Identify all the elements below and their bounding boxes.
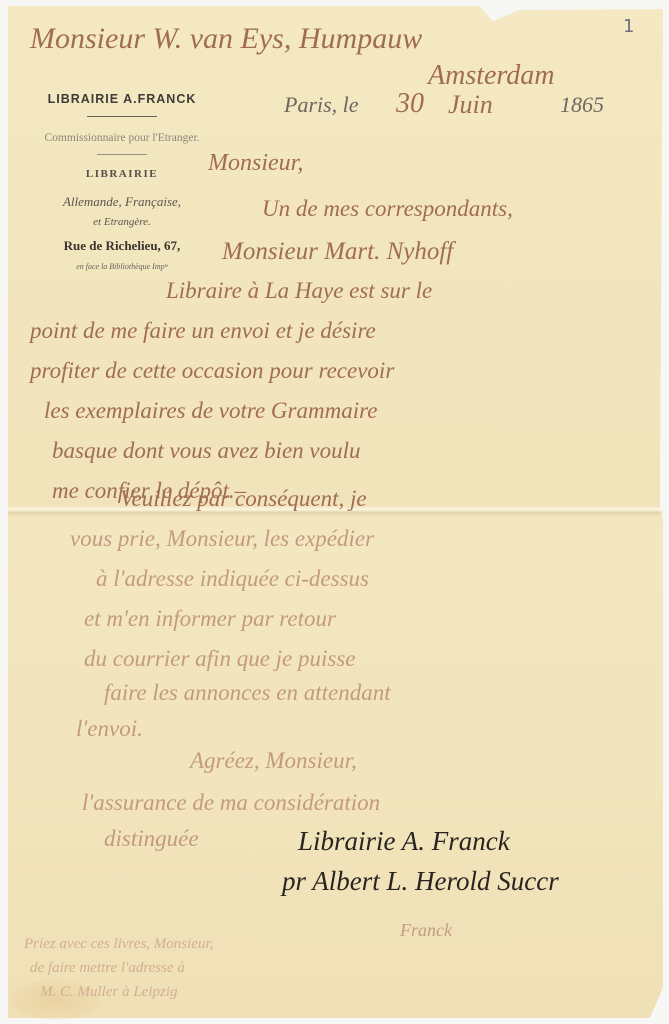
postscript-line: M. C. Muller à Leipzig (40, 984, 178, 1001)
body-line: Un de mes correspondants, (262, 196, 513, 222)
letterhead-name: LIBRAIRIE A.FRANCK (22, 92, 222, 106)
body-line: Veuillez par conséquent, je (120, 486, 367, 512)
initial-mark: Franck (400, 920, 452, 941)
date-month: Juin (448, 90, 493, 120)
body-line: profiter de cette occasion pour recevoir (30, 358, 394, 384)
body-line: Libraire à La Haye est sur le (166, 278, 432, 304)
closing-line: distinguée (104, 826, 199, 852)
salutation: Monsieur, (208, 150, 303, 177)
body-line: faire les annonces en attendant (104, 680, 391, 706)
letterhead-rule (22, 116, 222, 117)
body-line: et m'en informer par retour (84, 606, 336, 632)
signature-line2: pr Albert L. Herold Succr (282, 866, 559, 897)
postscript-line: de faire mettre l'adresse à (30, 960, 185, 977)
date-day: 30 (396, 88, 424, 120)
body-line: les exemplaires de votre Grammaire (44, 398, 377, 424)
addressee-city: Amsterdam (428, 60, 555, 92)
place-printed: Paris, le (284, 92, 359, 118)
letterhead-rule (22, 154, 222, 155)
body-line: Monsieur Mart. Nyhoff (222, 238, 453, 266)
body-line: l'envoi. (76, 716, 143, 742)
postscript-line: Priez avec ces livres, Monsieur, (24, 936, 213, 953)
page-number: 1 (623, 16, 634, 37)
letterhead-specialty-1: Allemande, Française, (22, 194, 222, 210)
body-line: basque dont vous avez bien voulu (52, 438, 361, 464)
closing-line: Agréez, Monsieur, (190, 748, 357, 774)
body-line: à l'adresse indiquée ci-dessus (96, 566, 369, 592)
letterhead-subtitle: Commissionnaire pour l'Etranger. (22, 132, 222, 144)
addressee-line1: Monsieur W. van Eys, Humpauw (30, 22, 422, 56)
body-line: vous prie, Monsieur, les expédier (70, 526, 374, 552)
letterhead-section: LIBRAIRIE (22, 168, 222, 180)
signature-line1: Librairie A. Franck (298, 826, 510, 857)
closing-line: l'assurance de ma considération (82, 790, 380, 816)
letterhead-address-note: en face la Bibliothèque Impˡᵉ (22, 262, 222, 271)
letterhead-address: Rue de Richelieu, 67, (22, 238, 222, 254)
body-line: du courrier afin que je puisse (84, 646, 356, 672)
letterhead-specialty-2: et Etrangère. (22, 216, 222, 228)
date-year: 1865 (560, 92, 604, 118)
body-line: point de me faire un envoi et je désire (30, 318, 376, 344)
